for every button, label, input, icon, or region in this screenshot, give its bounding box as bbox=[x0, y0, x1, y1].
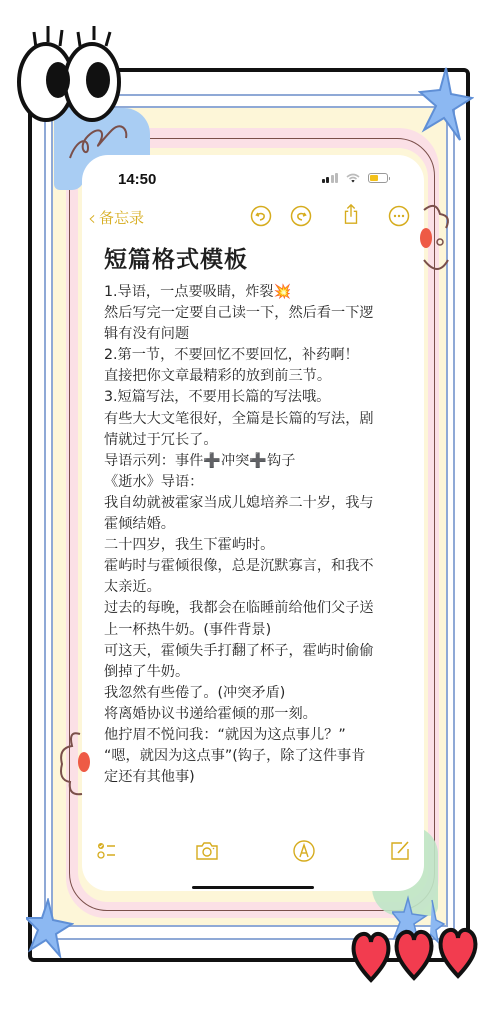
note-line: 可这天，霍倾失手打翻了杯子，霍屿时偷偷 bbox=[104, 641, 414, 662]
note-line: 3.短篇写法，不要用长篇的写法哦。 bbox=[104, 387, 414, 408]
share-icon[interactable] bbox=[340, 203, 362, 225]
note-line: 将离婚协议书递给霍倾的那一刻。 bbox=[104, 704, 414, 725]
note-line: 导语示列：事件➕冲突➕钩子 bbox=[104, 451, 414, 472]
note-line: 定还有其他事) bbox=[104, 767, 414, 788]
star-icon bbox=[26, 898, 74, 958]
note-title: 短篇格式模板 bbox=[104, 241, 414, 274]
note-line: 太亲近。 bbox=[104, 577, 414, 598]
note-line: 二十四岁，我生下霍屿时。 bbox=[104, 535, 414, 556]
wifi-icon bbox=[346, 173, 360, 183]
note-line: 2.第一节，不要回忆不要回忆，补药啊！ bbox=[104, 345, 414, 366]
note-line: 霍屿时与霍倾很像，总是沉默寡言，和我不 bbox=[104, 556, 414, 577]
hearts-decoration-icon bbox=[350, 924, 482, 984]
note-line: “嗯，就因为这点事”(钩子，除了这件事肯 bbox=[104, 746, 414, 767]
back-button[interactable]: ‹ 备忘录 bbox=[88, 207, 144, 228]
note-line: 上一杯热牛奶。(事件背景) bbox=[104, 620, 414, 641]
note-line: 倒掉了牛奶。 bbox=[104, 662, 414, 683]
checklist-icon[interactable] bbox=[96, 839, 120, 863]
markup-pen-icon[interactable] bbox=[292, 839, 316, 863]
note-line: 《逝水》导语： bbox=[104, 472, 414, 493]
notes-nav-bar: ‹ 备忘录 bbox=[82, 205, 424, 233]
note-line: 过去的每晚，我都会在临睡前给他们父子送 bbox=[104, 598, 414, 619]
bottom-toolbar bbox=[82, 839, 424, 865]
note-content[interactable]: 短篇格式模板 1.导语，一点要吸睛，炸裂💥 然后写完一定要自己读一下，然后看一下… bbox=[104, 241, 414, 788]
note-line: 情就过于冗长了。 bbox=[104, 430, 414, 451]
status-indicators bbox=[322, 173, 389, 183]
undo-icon[interactable] bbox=[250, 205, 272, 227]
camera-icon[interactable] bbox=[195, 839, 219, 863]
cellular-signal-icon bbox=[322, 173, 339, 183]
battery-low-icon bbox=[368, 173, 388, 183]
notes-screen: 14:50 ‹ 备忘录 bbox=[82, 155, 424, 891]
googly-eyes-icon bbox=[14, 20, 126, 126]
home-indicator bbox=[192, 886, 314, 889]
note-line: 他拧眉不悦问我：“就因为这点事儿？” bbox=[104, 725, 414, 746]
note-line: 霍倾结婚。 bbox=[104, 514, 414, 535]
chevron-left-icon: ‹ bbox=[88, 208, 96, 228]
note-line: 我忽然有些倦了。(冲突矛盾) bbox=[104, 683, 414, 704]
note-line: 1.导语，一点要吸睛，炸裂💥 bbox=[104, 282, 414, 303]
more-icon[interactable] bbox=[388, 205, 410, 227]
face-doodle-icon bbox=[418, 200, 452, 280]
note-line: 然后写完一定要自己读一下，然后看一下逻 bbox=[104, 303, 414, 324]
note-line: 直接把你文章最精彩的放到前三节。 bbox=[104, 366, 414, 387]
status-time: 14:50 bbox=[118, 171, 156, 188]
star-icon bbox=[418, 64, 474, 144]
redo-icon[interactable] bbox=[290, 205, 312, 227]
back-label: 备忘录 bbox=[99, 207, 144, 228]
note-line: 我自幼就被霍家当成儿媳培养二十岁，我与 bbox=[104, 493, 414, 514]
note-line: 有些大大文笔很好，全篇是长篇的写法，剧 bbox=[104, 409, 414, 430]
compose-icon[interactable] bbox=[388, 839, 412, 863]
note-line: 辑有没有问题 bbox=[104, 324, 414, 345]
face-doodle-icon bbox=[58, 730, 92, 802]
